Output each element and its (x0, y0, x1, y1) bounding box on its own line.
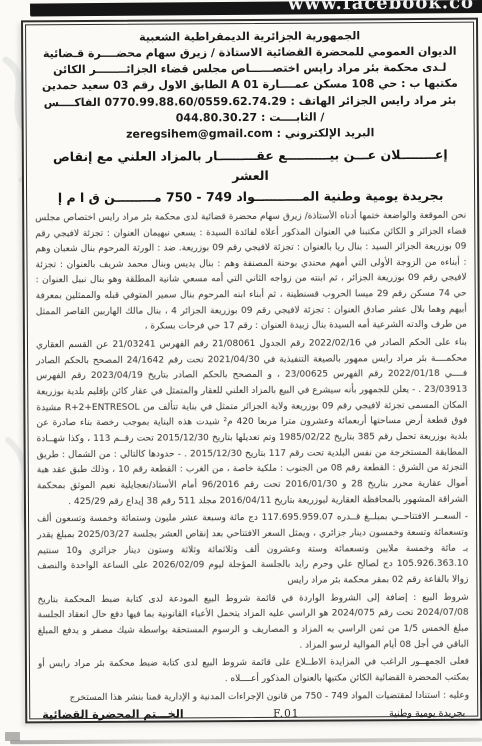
notice-body: نحن الموقعة والواضعة ختمها أدناه الأستاذ… (35, 209, 469, 709)
notice-header: الجمهورية الجزائرية الديمقراطية الشعبية … (34, 28, 466, 144)
header-phone-line: بئر مراد رايس الجزائر الهاتف : 0770.99.8… (34, 92, 465, 111)
body-judgment-paragraph: بناء على الحكم الصادر في 2022/02/16 رقم … (36, 336, 468, 511)
scan-edge-blob (5, 732, 20, 741)
scanned-legal-notice-page: www.facebook.co الجمهورية الجزائرية الدي… (0, 0, 482, 746)
top-banner: www.facebook.co (30, 0, 482, 17)
footer-newspaper-label: بجريدة يومية وطنية (389, 708, 465, 719)
body-legal-basis-paragraph: وعليه : استنادا لمقتضيات المواد 749 - 75… (38, 688, 469, 706)
notice-content: الجمهورية الجزائرية الديمقراطية الشعبية … (25, 22, 478, 720)
body-invitation-paragraph: فعلى الجمهــور الراغب في المزايدة الاطــ… (38, 655, 469, 689)
notice-frame: الجمهورية الجزائرية الديمقراطية الشعبية … (21, 18, 482, 724)
notice-footer: بجريدة يومية وطنية F.01 الخـــتم المحضرة… (38, 706, 469, 723)
body-parties-paragraph: نحن الموقعة والواضعة ختمها أدناه الأستاذ… (35, 209, 467, 337)
notice-title: إعــــــــلان عـــن بيــــــــــع عقــــ… (35, 145, 466, 208)
scan-edge-line (10, 738, 482, 744)
footer-page-ref: F.01 (273, 708, 299, 720)
body-conditions-paragraph: شروط البيع : إضافة إلى الشروط الواردة في… (38, 590, 469, 655)
notice-title-line2: بجريدة يومية وطنية المـــــــــــواد 749… (35, 185, 466, 208)
footer-seal-label: الخـــتم المحضرة القضائية (42, 708, 183, 722)
header-email-line: البريد الإلكتروني : zeregsihem@gmail.com (35, 125, 466, 144)
notice-title-line1: إعــــــــلان عـــن بيــــــــــع عقــــ… (35, 145, 466, 188)
body-price-paragraph: - السعــر الافتتاحــي بمبلــغ قــدره 117… (37, 510, 468, 591)
top-banner-url: www.facebook.co (30, 0, 482, 17)
